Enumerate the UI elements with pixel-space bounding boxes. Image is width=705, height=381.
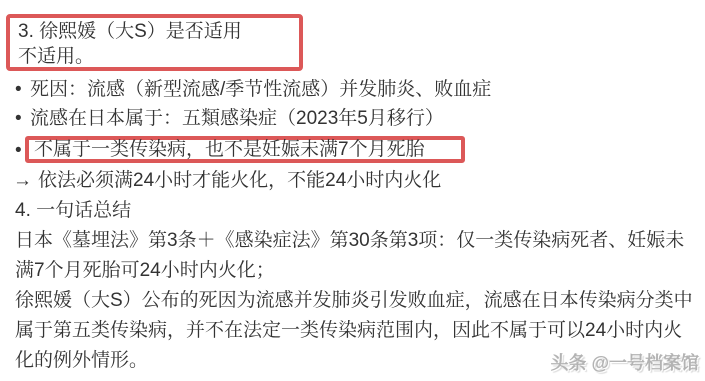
summary-line: 日本《墓埋法》第3条＋《感染症法》第30条第3项：仅一类传染病死者、妊娠未 (15, 230, 684, 251)
bullet-icon: • (15, 79, 22, 100)
arrow-right-icon: → (13, 170, 32, 191)
conclusion-text: 依法必须满24小时才能火化，不能24小时内火化 (38, 170, 441, 191)
section3-answer: 不适用。 (18, 44, 299, 69)
bullet-icon: • (15, 140, 22, 161)
summary-line: 满7个月死胎可24小时内火化； (15, 260, 275, 281)
bullet-item-cause-of-death: 死因：流感（新型流感/季节性流感）并发肺炎、败血症 (30, 79, 491, 100)
bullet-item-flu-classification: 流感在日本属于：五類感染症（2023年5月移行） (30, 108, 444, 129)
section4-heading: 4. 一句话总结 (15, 200, 131, 221)
toutiao-watermark: 头条 @一号档案馆 (550, 349, 699, 375)
question-highlight-box: 3. 徐熙媛（大S）是否适用 不适用。 (6, 14, 303, 71)
section3-heading: 3. 徐熙媛（大S）是否适用 (18, 19, 299, 44)
bullet-item-not-class1: 不属于一类传染病，也不是妊娠未满7个月死胎 (34, 139, 425, 160)
bullet-icon: • (15, 108, 22, 129)
summary-line: 徐熙媛（大S）公布的死因为流感并发肺炎引发败血症，流感在日本传染病分类中 (15, 290, 693, 311)
exception-highlight-box: 不属于一类传染病，也不是妊娠未满7个月死胎 (25, 136, 465, 163)
article-page: 3. 徐熙媛（大S）是否适用 不适用。 • 死因：流感（新型流感/季节性流感）并… (0, 0, 705, 381)
summary-line: 属于第五类传染病，并不在法定一类传染病范围内，因此不属于可以24小时内火 (15, 320, 682, 341)
summary-line: 化的例外情形。 (15, 350, 148, 371)
conclusion-line: →依法必须满24小时才能火化，不能24小时内火化 (13, 170, 441, 191)
